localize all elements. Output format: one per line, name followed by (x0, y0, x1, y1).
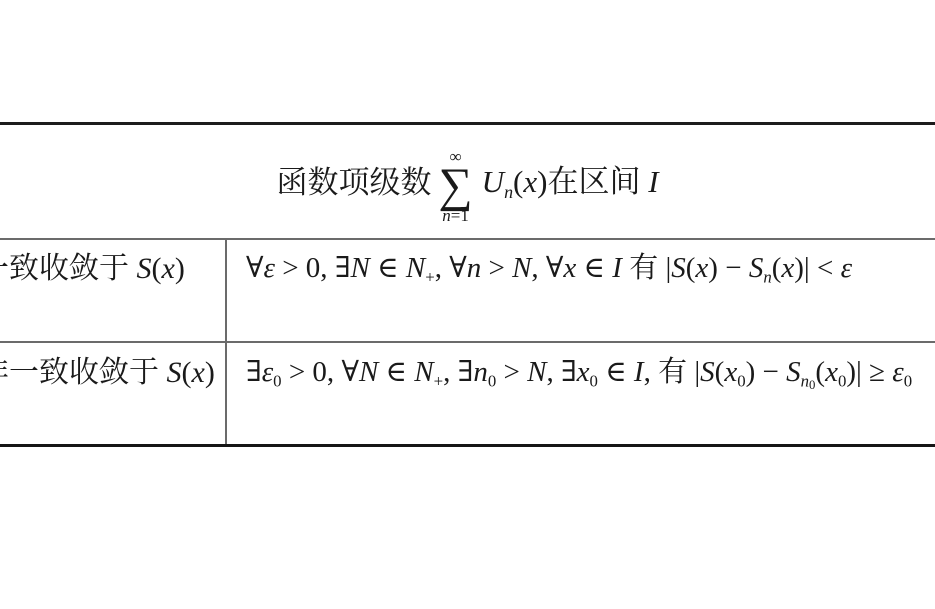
header-formula-suffix: Un(x)在区间 I (482, 156, 659, 203)
uniform-convergence-row-label: 一致收敛于 S(x) (0, 251, 219, 287)
header-separator-rule (0, 238, 935, 240)
header-formula-prefix: 函数项级数 (276, 157, 431, 202)
uniform-convergence-definition: ∀ε > 0, ∃N ∈ N+, ∀n > N, ∀x ∈ I 有 |S(x) … (246, 251, 926, 288)
column-divider (225, 238, 227, 447)
summation-symbol: ∞ ∑ n=1 (438, 148, 472, 226)
table-bottom-rule (0, 444, 935, 447)
nonuniform-convergence-row-label: 非一致收敛于 S(x) (0, 355, 219, 391)
row-separator-rule (0, 341, 935, 343)
page: 函数项级数 ∞ ∑ n=1 Un(x)在区间 I 一致收敛于 S(x) ∀ε >… (0, 0, 935, 609)
nonuniform-convergence-definition: ∃ε0 > 0, ∀N ∈ N+, ∃n0 > N, ∃x0 ∈ I, 有 |S… (246, 355, 926, 393)
table-header-cell: 函数项级数 ∞ ∑ n=1 Un(x)在区间 I (0, 125, 935, 237)
sigma-lower-limit: n=1 (442, 207, 469, 226)
sigma-glyph: ∑ (438, 165, 472, 207)
